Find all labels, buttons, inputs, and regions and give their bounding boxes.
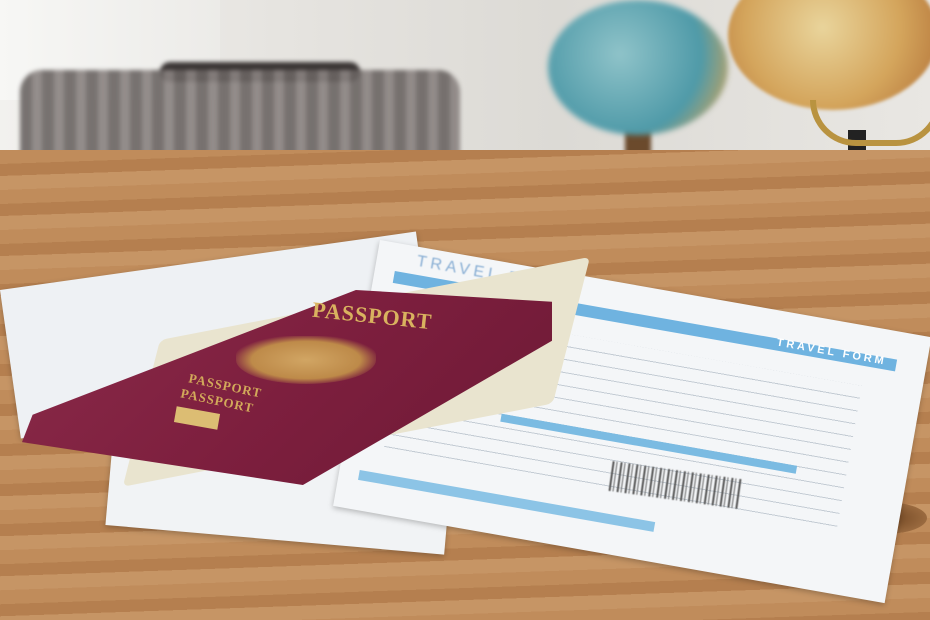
photo-scene: TRAVEL FORM TRAVEL FORM PASSPORT PASSPOR… xyxy=(0,0,930,620)
eagle-emblem-icon xyxy=(236,336,376,384)
globe-blurred xyxy=(548,0,728,135)
